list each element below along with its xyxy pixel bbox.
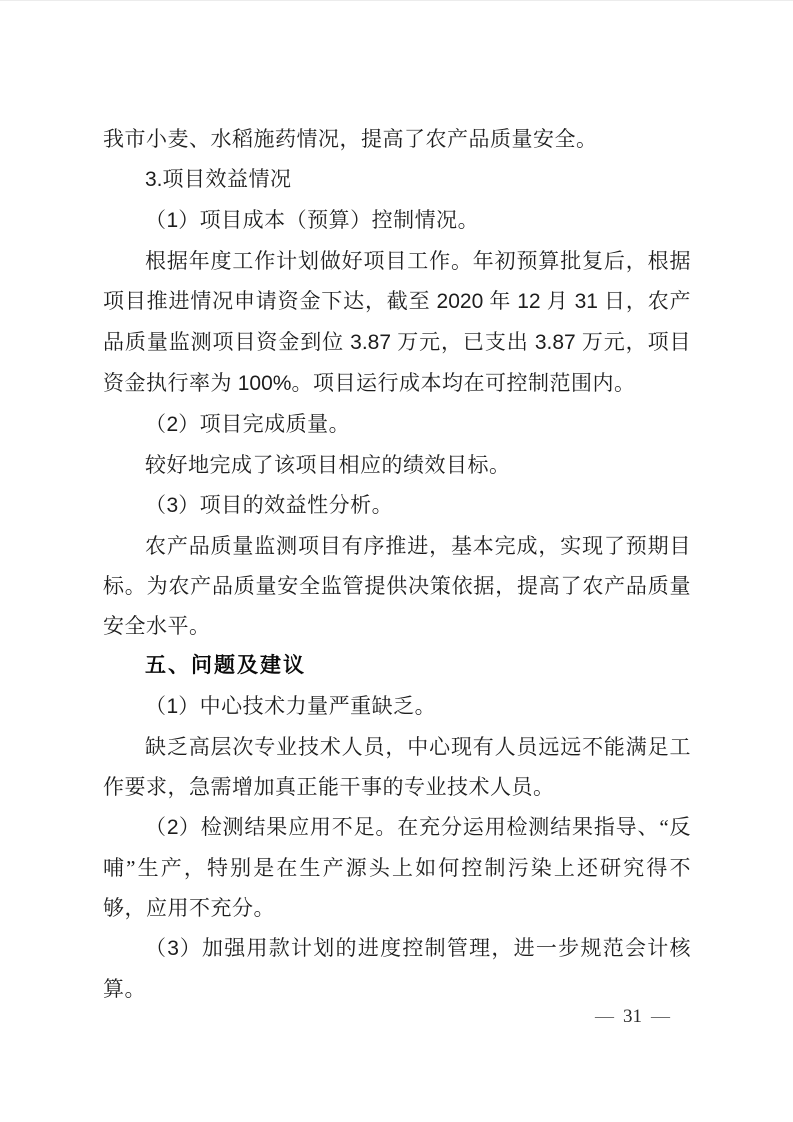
paragraph: 农产品质量监测项目有序推进，基本完成，实现了预期目标。为农产品质量安全监管提供决… [103, 526, 691, 646]
paragraph: 3.项目效益情况 [103, 159, 691, 200]
paragraph: 较好地完成了该项目相应的绩效目标。 [103, 445, 691, 485]
page-number: 31 [623, 1006, 642, 1027]
paragraph: （1）项目成本（预算）控制情况。 [103, 200, 691, 241]
paragraph: （3）加强用款计划的进度控制管理，进一步规范会计核算。 [103, 928, 691, 1009]
document-body: 我市小麦、水稻施药情况，提高了农产品质量安全。 3.项目效益情况 （1）项目成本… [103, 119, 691, 1009]
paragraph: 我市小麦、水稻施药情况，提高了农产品质量安全。 [103, 119, 691, 159]
paragraph: 缺乏高层次专业技术人员，中心现有人员远远不能满足工作要求，急需增加真正能干事的专… [103, 727, 691, 807]
paragraph: （3）项目的效益性分析。 [103, 485, 691, 526]
footer-dash-right: — [651, 1006, 670, 1027]
paragraph: （1）中心技术力量严重缺乏。 [103, 686, 691, 727]
footer-dash-left: — [595, 1006, 614, 1027]
paragraph: （2）检测结果应用不足。在充分运用检测结果指导、“反哺”生产，特别是在生产源头上… [103, 807, 691, 928]
paragraph: 根据年度工作计划做好项目工作。年初预算批复后，根据项目推进情况申请资金下达，截至… [103, 241, 691, 404]
page-footer: —31— [0, 1002, 670, 1032]
section-heading: 五、问题及建议 [103, 646, 691, 686]
document-page: 我市小麦、水稻施药情况，提高了农产品质量安全。 3.项目效益情况 （1）项目成本… [0, 0, 793, 1122]
paragraph: （2）项目完成质量。 [103, 404, 691, 445]
